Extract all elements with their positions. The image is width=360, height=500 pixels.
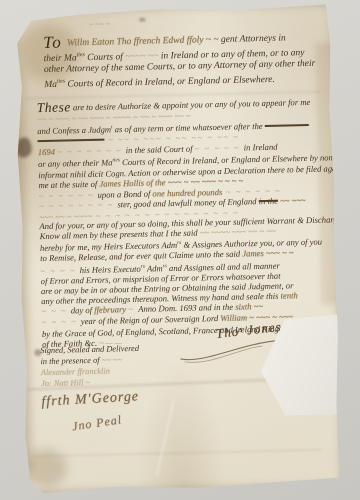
blank-filler-squiggle: ~ ~ ~ ~ ~ ~ — [222, 185, 281, 196]
handwritten-text: Willm Eaton Tho ffrench Edwd ffoly ~ ~ — [67, 35, 221, 48]
printed-text: in Ireland — [244, 142, 278, 153]
printed-text: upon a Bond of — [97, 188, 152, 199]
text-block-docket: ~ ~~ ~ — [89, 19, 111, 28]
printed-text: their Ma — [44, 53, 77, 64]
blank-filler-squiggle: ~ ~ ~ ~ — [40, 265, 79, 276]
handwritten-text: James ~~~ ~ ~ — [242, 248, 293, 259]
handwritten-text: 1694 — [38, 147, 58, 157]
text-block-attestation: Signed, Sealed and Delivered in the pres… — [40, 343, 140, 389]
decorated-initial: To — [43, 32, 67, 52]
printed-text: Ma — [44, 80, 57, 90]
printed-text: in the presence of — [40, 356, 101, 366]
handwritten-text: ~~ ~~~ — [278, 195, 306, 206]
blank-filler-squiggle: ~ ~ ~ — [41, 306, 71, 317]
struckthrough-text: ~~~ ~~ ~~~~~ ~~~ — [37, 135, 104, 147]
document-line: ~ ~~ ~ — [89, 19, 111, 28]
faint-handwriting: ~~~~ ~~ — [125, 51, 161, 62]
faint-handwriting: ~~ ~~ — [102, 355, 122, 364]
blank-filler-squiggle: ~ — [128, 304, 138, 314]
handwritten-text: tenth — [280, 290, 297, 300]
blank-filler-squiggle: ~ ~ ~ ~ — [42, 316, 81, 327]
printed-text: gent Attorneys in — [221, 33, 286, 44]
struckthrough-text: ~~~~ ~~~~~ — [265, 120, 309, 131]
printed-text: Signed, Sealed and Delivered — [40, 344, 139, 355]
handwritten-text: sixth ~~ — [235, 301, 263, 312]
faint-handwriting: ~ ~~ ~ — [89, 19, 111, 28]
document-paper: ~ ~~ ~To Willm Eaton Tho ffrench Edwd ff… — [13, 2, 342, 493]
faint-handwriting: ~~ ~~~~ ~~~ ~~ ~ ~~ — [200, 226, 276, 238]
printed-text: Adm — [145, 263, 163, 273]
printed-text: day of — [71, 305, 95, 316]
printed-text: Courts of — [85, 52, 126, 63]
blank-filler-squiggle: ~ ~ ~ ~ ~ ~ ~ ~ — [39, 200, 118, 212]
photo-background: ~ ~~ ~To Willm Eaton Tho ffrench Edwd ff… — [0, 0, 360, 500]
faint-handwriting: Jo: Natt Hill ~ — [41, 378, 90, 388]
document-line: Jo: Natt Hill ~ — [41, 376, 140, 389]
blank-filler-squiggle: ~ ~ ~ ~ ~ ~ ~ — [57, 145, 126, 157]
blank-filler-squiggle: ~ ~ ~ ~ ~ — [195, 142, 244, 153]
superscript-text: ties — [112, 158, 120, 164]
text-block-body-1: These are to desire Authorize & appoint … — [37, 96, 350, 222]
handwritten-text: ffebruary — [94, 304, 128, 315]
printed-text: me at the suite of — [38, 179, 99, 190]
printed-text: Courts of Record in Ireland, or England … — [65, 75, 275, 90]
struckthrough-text: in the — [259, 196, 279, 206]
faint-handwriting: Alexander ffrancklin — [41, 367, 110, 378]
superscript-text: ties — [57, 78, 65, 84]
document-text: ~ ~~ ~To Willm Eaton Tho ffrench Edwd ff… — [13, 2, 342, 493]
text-block-salutation: To Willm Eaton Tho ffrench Edwd ffoly ~ … — [43, 31, 316, 92]
